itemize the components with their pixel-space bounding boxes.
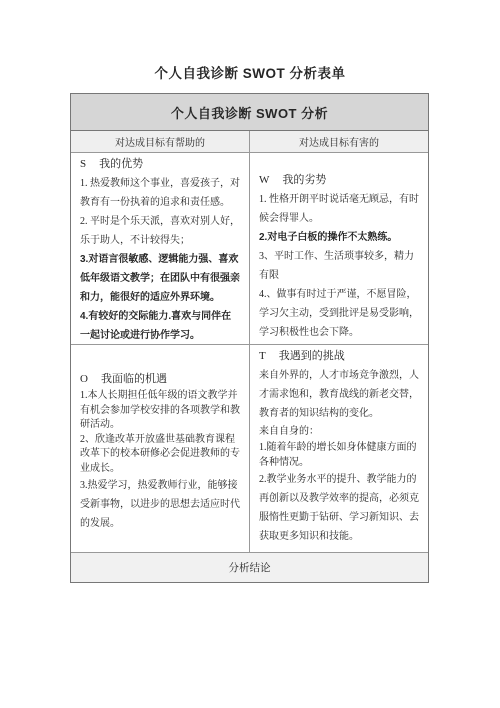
- opportunities-item-1: 1.本人长期担任低年级的语文教学并有机会参加学校安排的各项教学和教研活动。: [80, 389, 240, 433]
- column-header-harmful: 对达成目标有害的: [249, 131, 428, 152]
- strengths-cell: S我的优势 1. 热爱教师这个事业，喜爱孩子，对教育有一份执着的追求和责任感。 …: [71, 153, 249, 344]
- opportunities-letter: O: [80, 373, 88, 385]
- weaknesses-item-3: 3、平时工作、生活琐事较多，精力有限: [259, 247, 419, 285]
- threats-item-2: 2.教学业务水平的提升、教学能力的再创新以及教学效率的提高，必须克服惰性更勤于钻…: [259, 470, 419, 546]
- opportunities-title: 我面临的机遇: [101, 373, 167, 385]
- document-page: 个人自我诊断 SWOT 分析表单 个人自我诊断 SWOT 分析 对达成目标有帮助…: [0, 0, 500, 708]
- column-header-helpful-label: 对达成目标有帮助的: [115, 134, 205, 149]
- strengths-title: 我的优势: [99, 158, 143, 170]
- strengths-weaknesses-row: S我的优势 1. 热爱教师这个事业，喜爱孩子，对教育有一份执着的追求和责任感。 …: [71, 153, 428, 345]
- threats-heading: T我遇到的挑战: [259, 347, 419, 366]
- strengths-letter: S: [80, 158, 86, 170]
- strengths-item-4: 4.有较好的交际能力.喜欢与同伴在一起讨论或进行协作学习。: [80, 307, 240, 344]
- swot-table: 个人自我诊断 SWOT 分析 对达成目标有帮助的 对达成目标有害的 S我的优势 …: [70, 93, 429, 583]
- weaknesses-item-4: 4.、做事有时过于严谨，不愿冒险，学习欠主动，受到批评是易受影响，学习积极性也会…: [259, 285, 419, 342]
- opportunities-threats-row: O我面临的机遇 1.本人长期担任低年级的语文教学并有机会参加学校安排的各项教学和…: [71, 345, 428, 553]
- weaknesses-letter: W: [259, 174, 269, 186]
- opportunities-item-2: 2、欣逢改革开放盛世基础教育课程改革下的校本研修必会促进教师的专业成长。: [80, 433, 240, 477]
- threats-external-paragraph: 来自外界的，人才市场竞争激烈，人才需求饱和，教育战线的新老交替，教育者的知识结构…: [259, 366, 419, 423]
- opportunities-cell: O我面临的机遇 1.本人长期担任低年级的语文教学并有机会参加学校安排的各项教学和…: [71, 345, 249, 552]
- column-header-row: 对达成目标有帮助的 对达成目标有害的: [71, 131, 428, 153]
- page-title: 个人自我诊断 SWOT 分析表单: [0, 62, 500, 82]
- weaknesses-heading: W我的劣势: [259, 171, 419, 190]
- strengths-item-3: 3.对语言很敏感、逻辑能力强、喜欢低年级语文教学；在团队中有很强亲和力，能很好的…: [80, 250, 240, 307]
- strengths-heading: S我的优势: [80, 155, 240, 174]
- strengths-item-2: 2. 平时是个乐天派，喜欢对别人好，乐于助人，不计较得失；: [80, 212, 240, 250]
- strengths-item-1: 1. 热爱教师这个事业，喜爱孩子，对教育有一份执着的追求和责任感。: [80, 174, 240, 212]
- opportunities-item-3: 3.热爱学习，热爱教师行业，能够接受新事物，以进步的思想去适应时代的发展。: [80, 476, 240, 533]
- weaknesses-item-2: 2.对电子白板的操作不太熟练。: [259, 228, 419, 247]
- weaknesses-title: 我的劣势: [282, 174, 326, 186]
- threats-title: 我遇到的挑战: [279, 350, 345, 362]
- threats-self-label: 来自自身的：: [259, 423, 419, 441]
- weaknesses-cell: W我的劣势 1. 性格开朗平时说话毫无顾忌，有时候会得罪人。 2.对电子白板的操…: [249, 153, 428, 344]
- conclusion-row: 分析结论: [71, 553, 428, 582]
- column-header-harmful-label: 对达成目标有害的: [299, 134, 379, 149]
- table-title-row: 个人自我诊断 SWOT 分析: [71, 94, 428, 131]
- column-header-helpful: 对达成目标有帮助的: [71, 131, 249, 152]
- threats-cell: T我遇到的挑战 来自外界的，人才市场竞争激烈，人才需求饱和，教育战线的新老交替，…: [249, 345, 428, 552]
- opportunities-heading: O我面临的机遇: [80, 370, 240, 389]
- weaknesses-item-1: 1. 性格开朗平时说话毫无顾忌，有时候会得罪人。: [259, 190, 419, 228]
- threats-item-1: 1.随着年龄的增长如身体健康方面的各种情况。: [259, 441, 419, 470]
- threats-letter: T: [259, 350, 266, 362]
- table-title: 个人自我诊断 SWOT 分析: [171, 103, 328, 122]
- conclusion-label: 分析结论: [229, 560, 271, 575]
